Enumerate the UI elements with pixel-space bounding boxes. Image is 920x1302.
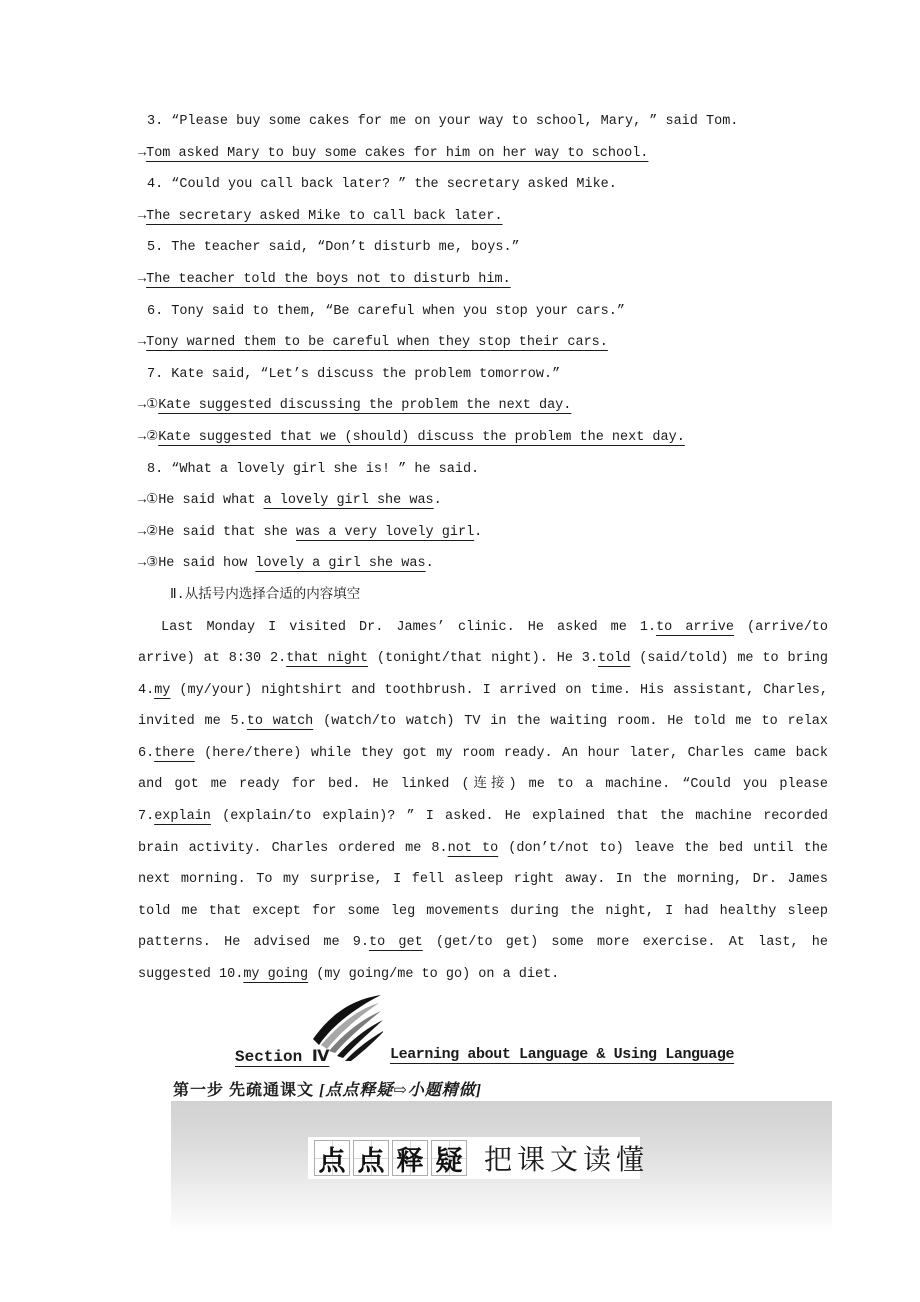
plain-text: . [426, 556, 434, 571]
answer-text: explain [154, 809, 211, 824]
plain-text: 4. “Could you call back later? ” the sec… [147, 177, 617, 192]
banner-title-plate: 点点释疑 把课文读懂 [308, 1137, 640, 1179]
plain-text: →②He said that she [138, 525, 296, 540]
answer-text: Kate suggested discussing the problem th… [158, 398, 571, 413]
plain-text: (get/to get) some more exercise. At last… [423, 935, 828, 950]
text-line: patterns. He advised me 9.to get (get/to… [138, 927, 828, 959]
plain-text: and got me ready for bed. He linked (连接)… [138, 777, 828, 792]
calligraphy-grid-char: 疑 [431, 1140, 467, 1176]
plain-text: (said/told) me to bring [630, 651, 828, 666]
banner-subtitle: 把课文读懂 [484, 1138, 649, 1178]
worksheet-page: 3. “Please buy some cakes for me on your… [0, 0, 920, 1302]
answer-text: there [154, 746, 195, 761]
plain-text: (my going/me to go) on a diet. [308, 967, 559, 982]
answer-text: my going [243, 967, 308, 982]
plain-text: →③He said how [138, 556, 255, 571]
section-title: Learning about Language & Using Language [390, 1046, 716, 1063]
text-line: arrive) at 8:30 2.that night (tonight/th… [138, 643, 828, 675]
text-line: Last Monday I visited Dr. James’ clinic.… [138, 612, 828, 644]
answer-text: The teacher told the boys not to disturb… [146, 272, 511, 287]
text-line: →①Kate suggested discussing the problem … [138, 390, 828, 422]
answer-text: to get [369, 935, 423, 950]
text-line: and got me ready for bed. He linked (连接)… [138, 769, 828, 801]
calligraphy-grid-char: 释 [392, 1140, 428, 1176]
text-line: →Tony warned them to be careful when the… [138, 327, 828, 359]
text-line: →③He said how lovely a girl she was. [138, 548, 828, 580]
text-line: 7. Kate said, “Let’s discuss the problem… [138, 359, 828, 391]
calligraphy-grid-char: 点 [314, 1140, 350, 1176]
plain-text: →② [138, 430, 158, 445]
answer-text: my [154, 683, 170, 698]
plain-text: → [138, 146, 146, 161]
plain-text: patterns. He advised me 9. [138, 935, 369, 950]
answer-text: told [598, 651, 630, 666]
plain-text: arrive) at 8:30 2. [138, 651, 286, 666]
section-heading: Section Ⅳ Learning about Language & Usin… [0, 1046, 920, 1072]
text-line: 8. “What a lovely girl she is! ” he said… [138, 454, 828, 486]
text-line: →Tom asked Mary to buy some cakes for hi… [138, 138, 828, 170]
text-line: 7.explain (explain/to explain)? ” I aske… [138, 801, 828, 833]
plain-text: →① [138, 398, 158, 413]
section-label: Section Ⅳ [235, 1046, 341, 1066]
plain-text: (here/there) while they got my room read… [195, 746, 828, 761]
plain-text: . [434, 493, 442, 508]
plain-text: (my/your) nightshirt and toothbrush. I a… [170, 683, 828, 698]
plain-text: suggested 10. [138, 967, 243, 982]
text-line: brain activity. Charles ordered me 8.not… [138, 833, 828, 865]
text-line: 4. “Could you call back later? ” the sec… [138, 169, 828, 201]
plain-text: (don’t/not to) leave the bed until the [498, 841, 828, 856]
calligraphy-grid-char: 点 [353, 1140, 389, 1176]
text-line: suggested 10.my going (my going/me to go… [138, 959, 828, 991]
plain-text: → [138, 209, 146, 224]
plain-text: Ⅱ.从括号内选择合适的内容填空 [170, 588, 360, 603]
plain-text: 7. Kate said, “Let’s discuss the problem… [147, 367, 560, 382]
answer-text: Kate suggested that we (should) discuss … [158, 430, 685, 445]
text-line: →②Kate suggested that we (should) discus… [138, 422, 828, 454]
answer-text: Tom asked Mary to buy some cakes for him… [146, 146, 648, 161]
plain-text: 5. The teacher said, “Don’t disturb me, … [147, 240, 520, 255]
text-line: next morning. To my surprise, I fell asl… [138, 864, 828, 896]
plain-text: (watch/to watch) TV in the waiting room.… [313, 714, 828, 729]
answer-text: lovely a girl she was [255, 556, 425, 571]
plain-text: . [474, 525, 482, 540]
text-line: 4.my (my/your) nightshirt and toothbrush… [138, 675, 828, 707]
answer-text: that night [286, 651, 368, 666]
text-line: told me that except for some leg movemen… [138, 896, 828, 928]
plain-text: 4. [138, 683, 154, 698]
plain-text: 6. [138, 746, 154, 761]
plain-text: brain activity. Charles ordered me 8. [138, 841, 448, 856]
plain-text: 3. “Please buy some cakes for me on your… [147, 114, 738, 129]
plain-text: (explain/to explain)? ” I asked. He expl… [211, 809, 828, 824]
text-line: →The secretary asked Mike to call back l… [138, 201, 828, 233]
plain-text: invited me 5. [138, 714, 247, 729]
answer-text: not to [448, 841, 499, 856]
text-line: Ⅱ.从括号内选择合适的内容填空 [138, 580, 828, 612]
plain-text: 6. Tony said to them, “Be careful when y… [147, 304, 625, 319]
text-lines: 3. “Please buy some cakes for me on your… [138, 106, 828, 991]
plain-text: 7. [138, 809, 154, 824]
step-bracket: [点点释疑⇨小题精做] [319, 1082, 482, 1099]
plain-text: (tonight/that night). He 3. [368, 651, 598, 666]
answer-text: was a very lovely girl [296, 525, 474, 540]
step-prefix: 第一步 先疏通课文 [173, 1082, 319, 1099]
plain-text: told me that except for some leg movemen… [138, 904, 828, 919]
banner-boxed-chars: 点点释疑 [314, 1140, 470, 1176]
plain-text: 8. “What a lovely girl she is! ” he said… [147, 462, 479, 477]
answer-text: to arrive [656, 620, 734, 635]
answer-text: The secretary asked Mike to call back la… [146, 209, 502, 224]
text-line: 3. “Please buy some cakes for me on your… [138, 106, 828, 138]
plain-text: (arrive/to [734, 620, 828, 635]
plain-text: →①He said what [138, 493, 264, 508]
text-line: →The teacher told the boys not to distur… [138, 264, 828, 296]
text-line: invited me 5.to watch (watch/to watch) T… [138, 706, 828, 738]
plain-text: next morning. To my surprise, I fell asl… [138, 872, 828, 887]
text-line: →①He said what a lovely girl she was. [138, 485, 828, 517]
bottom-banner: 点点释疑 把课文读懂 [171, 1101, 832, 1234]
answer-text: Tony warned them to be careful when they… [146, 335, 608, 350]
text-line: →②He said that she was a very lovely gir… [138, 517, 828, 549]
plain-text: → [138, 335, 146, 350]
text-line: 5. The teacher said, “Don’t disturb me, … [138, 232, 828, 264]
step-line: 第一步 先疏通课文 [点点释疑⇨小题精做] [173, 1077, 482, 1100]
plain-text: → [138, 272, 146, 287]
plain-text: Last Monday I visited Dr. James’ clinic.… [161, 620, 656, 635]
answer-text: to watch [247, 714, 314, 729]
answer-text: a lovely girl she was [264, 493, 434, 508]
text-line: 6. Tony said to them, “Be careful when y… [138, 296, 828, 328]
text-line: 6.there (here/there) while they got my r… [138, 738, 828, 770]
